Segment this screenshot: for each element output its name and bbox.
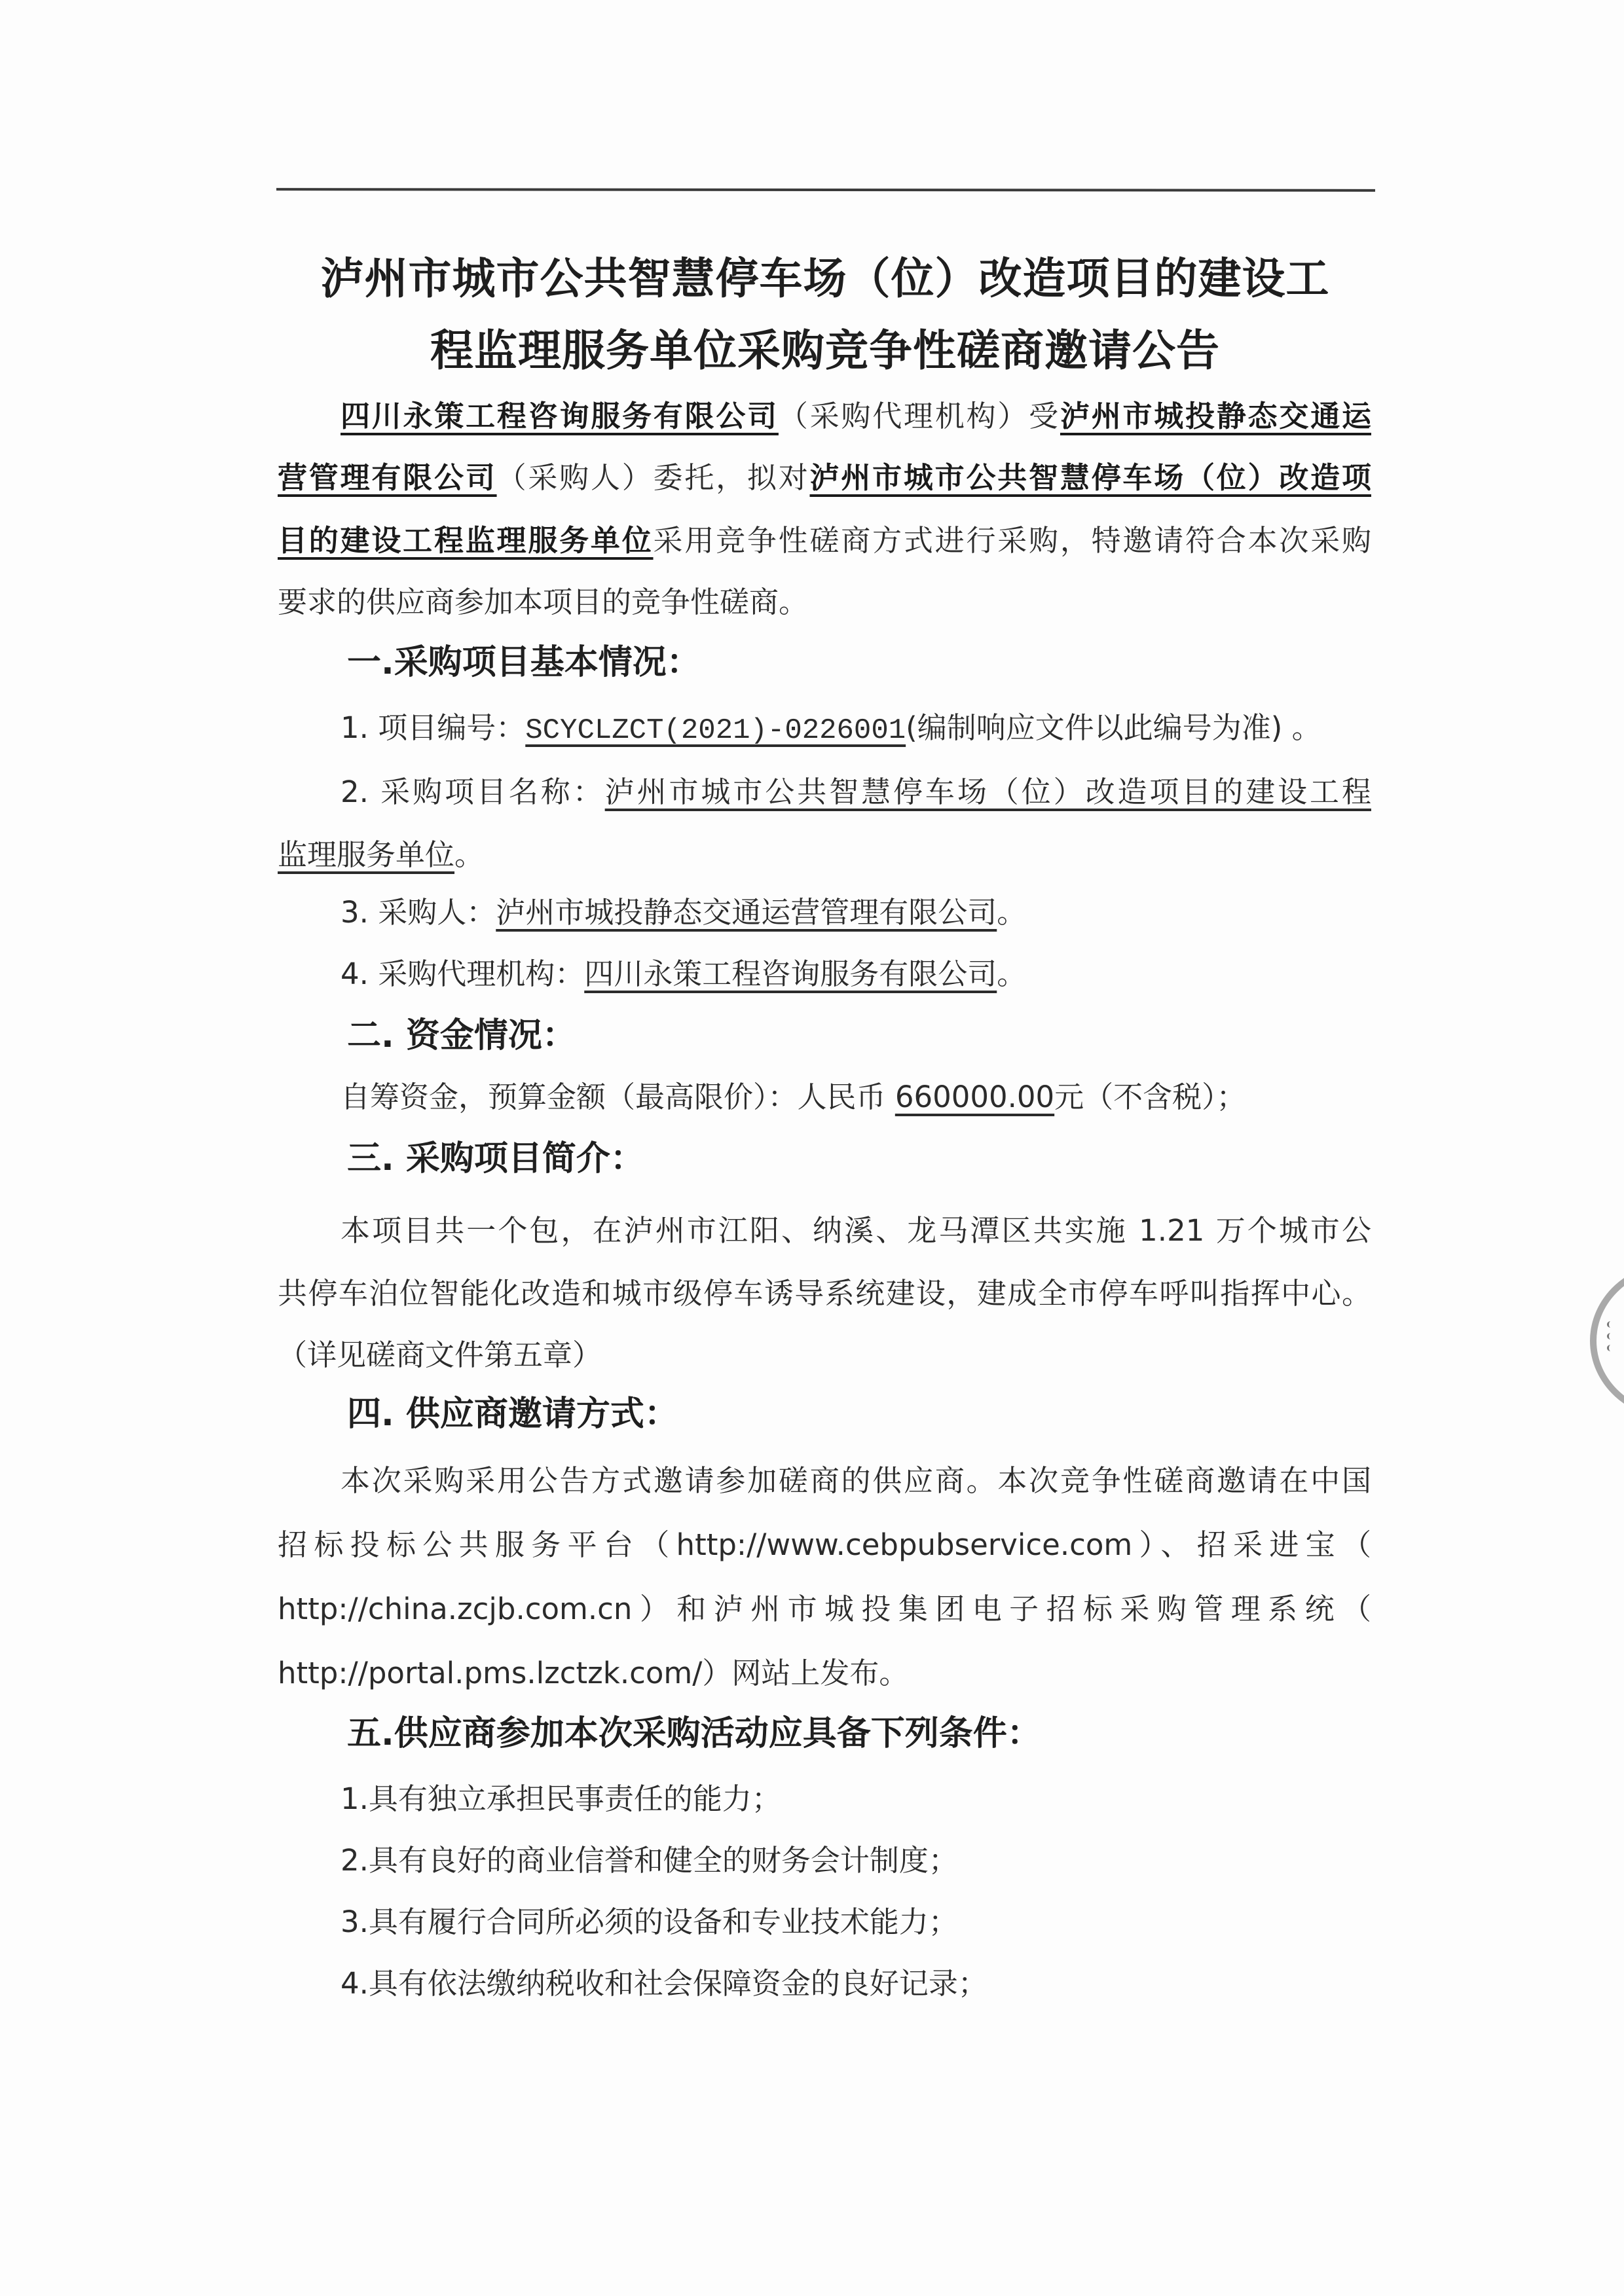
punctuation: 。 bbox=[997, 957, 1026, 991]
seal-mark bbox=[1607, 1321, 1614, 1328]
summary-line-3: （详见磋商文件第五章） bbox=[278, 1336, 1371, 1375]
budget-row: 自筹资金，预算金额（最高限价）：人民币 660000.00元（不含税）； bbox=[341, 1078, 1371, 1117]
condition-item: 2.具有良好的商业信誉和健全的财务会计制度； bbox=[341, 1841, 1371, 1880]
condition-item: 4.具有依法缴纳税收和社会保障资金的良好记录； bbox=[341, 1964, 1371, 2003]
intro-line-3: 目的建设工程监理服务单位采用竞争性磋商方式进行采购，特邀请符合本次采购 bbox=[278, 521, 1371, 560]
intro-line-3-rest: 采用竞争性磋商方式进行采购，特邀请符合本次采购 bbox=[654, 523, 1371, 558]
summary-line-2: 共停车泊位智能化改造和城市级停车诱导系统建设，建成全市停车呼叫指挥中心。 bbox=[278, 1274, 1371, 1313]
document-page: 泸州市城市公共智慧停车场（位）改造项目的建设工 程监理服务单位采购竞争性磋商邀请… bbox=[0, 0, 1624, 2296]
project-name-part2: 目的建设工程监理服务单位 bbox=[278, 523, 654, 558]
condition-item: 3.具有履行合同所必须的设备和专业技术能力； bbox=[341, 1903, 1371, 1942]
intro-line-2: 营管理有限公司（采购人）委托，拟对泸州市城市公共智慧停车场（位）改造项 bbox=[278, 458, 1371, 498]
budget-text-after: 元（不含税）； bbox=[1054, 1080, 1246, 1114]
project-name-row-2: 监理服务单位。 bbox=[278, 835, 1371, 875]
project-name-part1: 泸州市城市公共智慧停车场（位）改造项 bbox=[810, 460, 1371, 495]
section-1-heading: 一.采购项目基本情况： bbox=[347, 642, 701, 683]
section-5-heading: 五.供应商参加本次采购活动应具备下列条件： bbox=[347, 1713, 1041, 1755]
purchaser-value: 泸州市城投静态交通运营管理有限公司 bbox=[496, 895, 997, 930]
summary-line-1: 本项目共一个包，在泸州市江阳、纳溪、龙马潭区共实施 1.21 万个城市公 bbox=[341, 1211, 1371, 1250]
punctuation: 。 bbox=[454, 837, 484, 872]
purchaser-name-part1: 泸州市城投静态交通运 bbox=[1060, 399, 1371, 433]
purchaser-name-part2: 营管理有限公司 bbox=[278, 460, 497, 495]
seal-mark bbox=[1607, 1345, 1614, 1351]
agency-role: （采购代理机构）受 bbox=[779, 399, 1060, 433]
intro-line-4: 要求的供应商参加本项目的竞争性磋商。 bbox=[278, 583, 1371, 622]
section-3-heading: 三. 采购项目简介： bbox=[347, 1138, 644, 1180]
seal-stamp-icon bbox=[1590, 1262, 1624, 1419]
agency-label: 4. 采购代理机构： bbox=[341, 957, 584, 991]
document-title-line-2: 程监理服务单位采购竞争性磋商邀请公告 bbox=[268, 316, 1382, 378]
project-number-row: 1. 项目编号：SCYCLZCT(2021)-0226001(编制响应文件以此编… bbox=[341, 708, 1371, 750]
document-title-line-1: 泸州市城市公共智慧停车场（位）改造项目的建设工 bbox=[268, 244, 1382, 306]
agency-value: 四川永策工程咨询服务有限公司 bbox=[584, 957, 997, 991]
project-number-label: 1. 项目编号： bbox=[341, 710, 525, 745]
project-number-note: (编制响应文件以此编号为准) 。 bbox=[906, 710, 1321, 745]
agency-name: 四川永策工程咨询服务有限公司 bbox=[341, 399, 779, 433]
purchaser-label: 3. 采购人： bbox=[341, 895, 496, 930]
section-2-heading: 二. 资金情况： bbox=[347, 1015, 576, 1057]
invitation-line-1: 本次采购采用公告方式邀请参加磋商的供应商。本次竞争性磋商邀请在中国 bbox=[341, 1461, 1371, 1501]
seal-ring bbox=[1590, 1262, 1624, 1419]
agency-row: 4. 采购代理机构：四川永策工程咨询服务有限公司。 bbox=[341, 955, 1371, 994]
invitation-line-2: 招标投标公共服务平台（http://www.cebpubservice.com）… bbox=[278, 1525, 1371, 1565]
punctuation: 。 bbox=[997, 895, 1026, 930]
invitation-line-4: http://portal.pms.lzctzk.com/）网站上发布。 bbox=[278, 1654, 1371, 1693]
intro-line-1: 四川永策工程咨询服务有限公司（采购代理机构）受泸州市城投静态交通运 bbox=[341, 397, 1371, 436]
project-name-row-1: 2. 采购项目名称：泸州市城市公共智慧停车场（位）改造项目的建设工程 bbox=[341, 773, 1371, 812]
project-name-value-part2: 监理服务单位 bbox=[278, 837, 454, 872]
project-name-value-part1: 泸州市城市公共智慧停车场（位）改造项目的建设工程 bbox=[605, 774, 1371, 809]
invitation-line-3: http://china.zcjb.com.cn）和泸州市城投集团电子招标采购管… bbox=[278, 1590, 1371, 1629]
project-name-label: 2. 采购项目名称： bbox=[341, 774, 605, 809]
budget-text: 自筹资金，预算金额（最高限价）：人民币 bbox=[341, 1080, 895, 1114]
seal-mark bbox=[1607, 1333, 1614, 1339]
condition-item: 1.具有独立承担民事责任的能力； bbox=[341, 1779, 1371, 1819]
purchaser-role: （采购人）委托，拟对 bbox=[497, 460, 810, 495]
section-4-heading: 四. 供应商邀请方式： bbox=[347, 1393, 678, 1435]
purchaser-row: 3. 采购人：泸州市城投静态交通运营管理有限公司。 bbox=[341, 893, 1371, 932]
project-number-value: SCYCLZCT(2021)-0226001 bbox=[525, 714, 906, 747]
header-rule bbox=[276, 188, 1375, 192]
budget-amount: 660000.00 bbox=[895, 1080, 1054, 1114]
